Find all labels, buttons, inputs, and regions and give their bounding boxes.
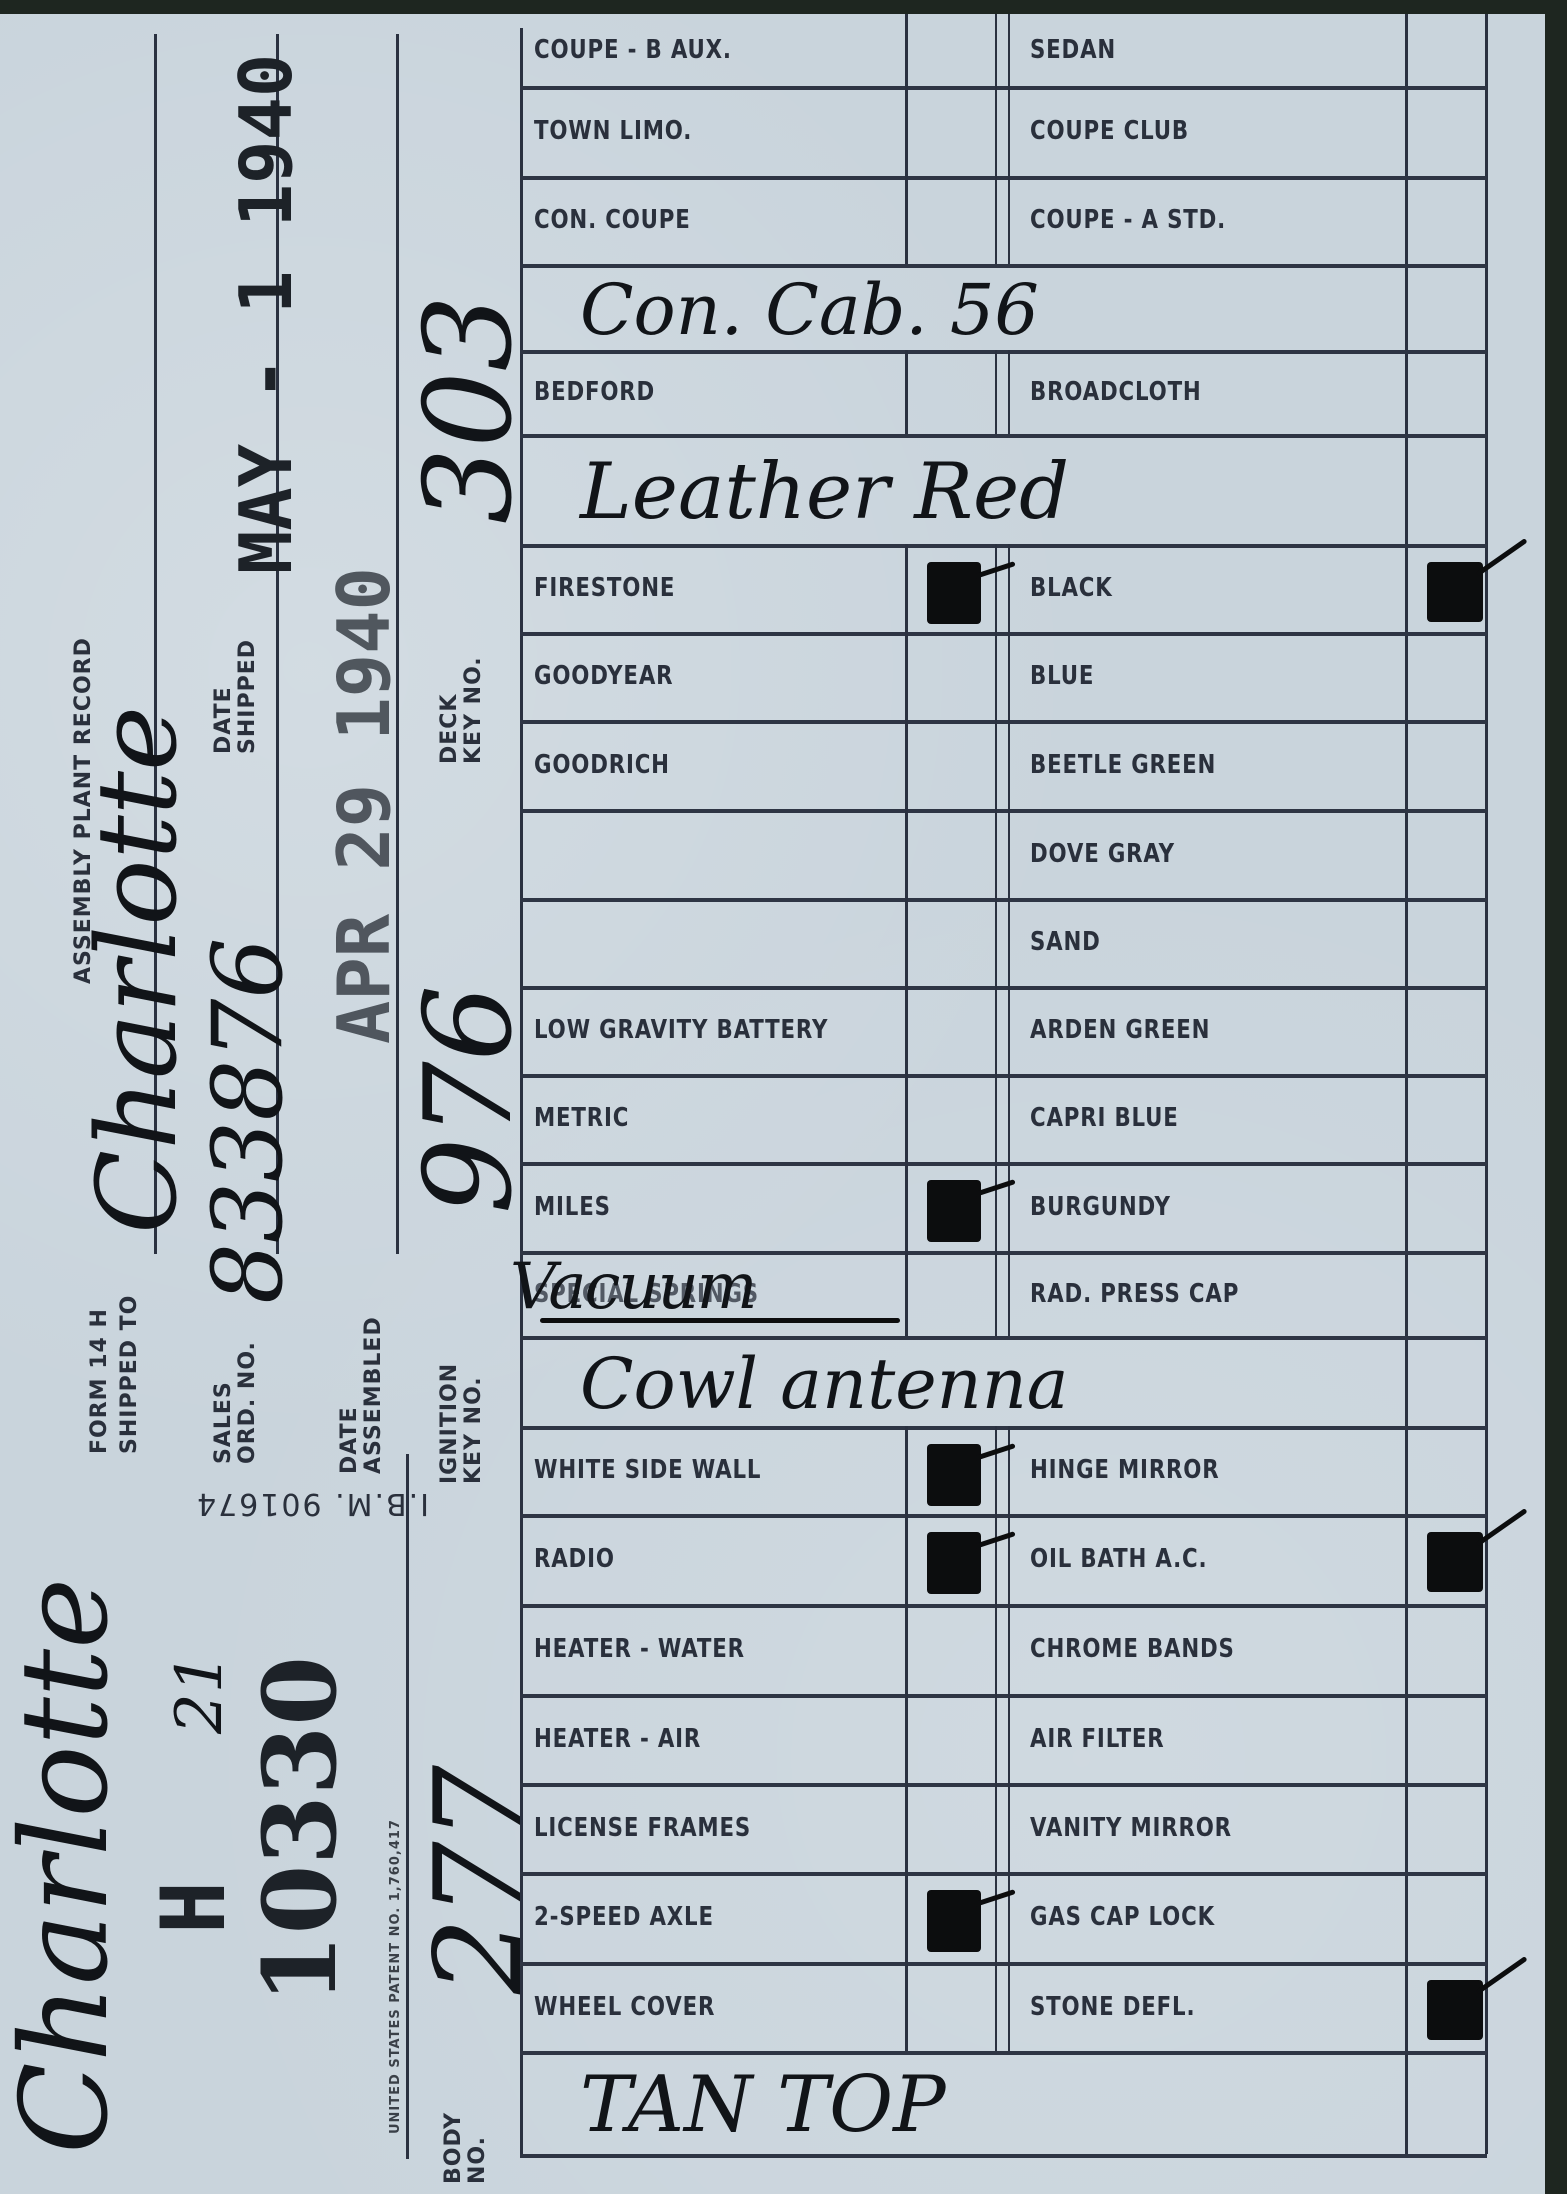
check-cell-left[interactable] xyxy=(909,1966,991,2047)
option-text: MILES xyxy=(534,1192,611,1222)
option-text: LOW GRAVITY BATTERY xyxy=(534,1015,828,1045)
column-double-line xyxy=(995,176,997,264)
check-cell-right[interactable] xyxy=(1409,354,1481,430)
option-text: HINGE MIRROR xyxy=(1030,1455,1219,1485)
option-text: FIRESTONE xyxy=(534,573,675,603)
column-double-line xyxy=(1008,1426,1010,1514)
left-check-column-line xyxy=(905,1514,908,1604)
option-label-right: OIL BATH A.C. xyxy=(1030,1514,1246,1604)
handwritten-entry: Leather Red xyxy=(580,442,1069,542)
option-text: RAD. PRESS CAP xyxy=(1030,1279,1239,1309)
option-text: HEATER - WATER xyxy=(534,1634,745,1664)
column-double-line xyxy=(1008,720,1010,809)
serial-number: 10330 xyxy=(250,1656,350,2004)
column-double-line xyxy=(1008,14,1010,86)
column-double-line xyxy=(1008,986,1010,1074)
handwritten-entry: Con. Cab. 56 xyxy=(580,272,1039,348)
option-label-right: CHROME BANDS xyxy=(1030,1604,1280,1694)
option-label-right: COUPE CLUB xyxy=(1030,86,1224,176)
column-double-line xyxy=(1008,1251,1010,1336)
option-label-right: RAD. PRESS CAP xyxy=(1030,1251,1285,1336)
column-double-line xyxy=(995,986,997,1074)
check-mark-left xyxy=(927,1532,981,1594)
check-cell-right[interactable] xyxy=(1409,1608,1481,1690)
column-double-line xyxy=(1008,1074,1010,1162)
column-double-line xyxy=(1008,176,1010,264)
column-double-line xyxy=(1008,809,1010,898)
column-double-line xyxy=(1008,1694,1010,1783)
option-text: OIL BATH A.C. xyxy=(1030,1544,1207,1574)
margin-signature: Charlotte xyxy=(6,1578,126,2154)
option-label-right: BEETLE GREEN xyxy=(1030,720,1257,809)
check-cell-left[interactable] xyxy=(909,990,991,1070)
column-double-line xyxy=(995,1514,997,1604)
option-text: SEDAN xyxy=(1030,35,1116,65)
left-check-column-line xyxy=(905,1162,908,1251)
left-check-column-line xyxy=(905,809,908,898)
option-text: BURGUNDY xyxy=(1030,1192,1171,1222)
strip-divider-4 xyxy=(406,1454,409,2159)
column-double-line xyxy=(995,720,997,809)
option-label-right: BROADCLOTH xyxy=(1030,350,1239,434)
option-label-left: FIRESTONE xyxy=(534,544,903,632)
option-label-right: COUPE - A STD. xyxy=(1030,176,1269,264)
left-check-column-line xyxy=(905,632,908,720)
option-label-left: METRIC xyxy=(534,1074,903,1162)
column-double-line xyxy=(995,1783,997,1872)
row-divider xyxy=(520,434,1487,438)
option-text: METRIC xyxy=(534,1103,629,1133)
column-double-line xyxy=(995,544,997,632)
option-text: 2-SPEED AXLE xyxy=(534,1902,714,1932)
option-text: GOODRICH xyxy=(534,750,670,780)
option-text: STONE DEFL. xyxy=(1030,1992,1195,2022)
check-cell-right[interactable] xyxy=(1409,636,1481,716)
option-text: CHROME BANDS xyxy=(1030,1634,1235,1664)
handwritten-entry: TAN TOP xyxy=(580,2059,946,2152)
left-check-column-line xyxy=(905,1694,908,1783)
check-cell-right[interactable] xyxy=(1409,90,1481,172)
right-check-column-line xyxy=(1405,14,1408,2154)
left-check-column-line xyxy=(905,898,908,986)
check-cell-left[interactable] xyxy=(909,813,991,894)
option-label-right: GAS CAP LOCK xyxy=(1030,1872,1256,1962)
option-label-right: STONE DEFL. xyxy=(1030,1962,1232,2051)
column-double-line xyxy=(1008,1783,1010,1872)
date-assembled-value: APR 29 1940 xyxy=(328,567,400,1044)
check-cell-left[interactable] xyxy=(909,636,991,716)
table-border-right xyxy=(1485,14,1488,2154)
option-label-left: HEATER - WATER xyxy=(534,1604,903,1694)
option-label-right: HINGE MIRROR xyxy=(1030,1426,1261,1514)
left-check-column-line xyxy=(905,986,908,1074)
column-double-line xyxy=(995,1962,997,2051)
option-label-left: 2-SPEED AXLE xyxy=(534,1872,903,1962)
column-double-line xyxy=(1008,350,1010,434)
column-double-line xyxy=(995,14,997,86)
option-label-right: SEDAN xyxy=(1030,14,1135,86)
column-double-line xyxy=(1008,1872,1010,1962)
option-text: BLACK xyxy=(1030,573,1113,603)
check-mark-right xyxy=(1427,562,1483,622)
option-text: COUPE - A STD. xyxy=(1030,205,1226,235)
column-double-line xyxy=(995,1694,997,1783)
option-label-right: BURGUNDY xyxy=(1030,1162,1202,1251)
ignition-key-label: IGNITION KEY NO. xyxy=(438,1354,486,1484)
row-divider xyxy=(520,1336,1487,1340)
option-text: CON. COUPE xyxy=(534,205,691,235)
option-text: HEATER - AIR xyxy=(534,1724,701,1754)
column-double-line xyxy=(1008,632,1010,720)
column-double-line xyxy=(1008,86,1010,176)
column-double-line xyxy=(995,1251,997,1336)
row-divider xyxy=(520,264,1487,268)
option-text: LICENSE FRAMES xyxy=(534,1813,751,1843)
check-cell-right[interactable] xyxy=(1409,1698,1481,1779)
option-label-left: MILES xyxy=(534,1162,903,1251)
column-double-line xyxy=(995,898,997,986)
form-number-label: FORM 14 H xyxy=(88,1308,112,1454)
column-double-line xyxy=(1008,1962,1010,2051)
option-label-right: BLUE xyxy=(1030,632,1108,720)
option-text: BLUE xyxy=(1030,661,1094,691)
check-cell-right[interactable] xyxy=(1409,990,1481,1070)
sales-order-label: SALES ORD. NO. xyxy=(212,1324,260,1464)
option-label-right: ARDEN GREEN xyxy=(1030,986,1250,1074)
column-double-line xyxy=(995,1162,997,1251)
option-label-left: COUPE - B AUX. xyxy=(534,14,903,86)
left-check-column-line xyxy=(905,14,908,86)
option-label-left: GOODRICH xyxy=(534,720,903,809)
check-cell-right[interactable] xyxy=(1409,813,1481,894)
overwrite-underline xyxy=(540,1318,900,1323)
option-label-left: LICENSE FRAMES xyxy=(534,1783,903,1872)
option-text: BEETLE GREEN xyxy=(1030,750,1216,780)
serial-suffix: 21 xyxy=(168,1653,232,1734)
option-label-left: GOODYEAR xyxy=(534,632,903,720)
check-mark-left xyxy=(927,1444,981,1506)
option-text: SAND xyxy=(1030,927,1101,957)
option-label-left xyxy=(534,809,903,898)
option-text: BROADCLOTH xyxy=(1030,377,1202,407)
check-cell-left[interactable] xyxy=(909,1698,991,1779)
option-text: VANITY MIRROR xyxy=(1030,1813,1232,1843)
column-double-line xyxy=(995,1074,997,1162)
row-divider xyxy=(520,2051,1487,2055)
column-double-line xyxy=(995,809,997,898)
check-cell-right[interactable] xyxy=(1409,724,1481,805)
check-cell-right[interactable] xyxy=(1409,18,1481,82)
column-double-line xyxy=(995,632,997,720)
option-label-right: CAPRI BLUE xyxy=(1030,1074,1211,1162)
column-double-line xyxy=(995,1872,997,1962)
check-cell-right[interactable] xyxy=(1409,1430,1481,1510)
option-label-left: RADIO xyxy=(534,1514,903,1604)
option-label-left: LOW GRAVITY BATTERY xyxy=(534,986,903,1074)
option-text: WHEEL COVER xyxy=(534,1992,715,2022)
option-label-left xyxy=(534,898,903,986)
assembly-plant-record-card: FORM 14 H SHIPPED TO ASSEMBLY PLANT RECO… xyxy=(0,14,1545,2194)
check-cell-right[interactable] xyxy=(1409,180,1481,260)
option-text: GAS CAP LOCK xyxy=(1030,1902,1215,1932)
date-shipped-value: MAY - 1 1940 xyxy=(230,54,302,574)
check-mark-left xyxy=(927,1180,981,1242)
option-label-right: DOVE GRAY xyxy=(1030,809,1207,898)
date-assembled-label: DATE ASSEMBLED xyxy=(338,1324,386,1474)
left-check-column-line xyxy=(905,1251,908,1336)
option-text: BEDFORD xyxy=(534,377,655,407)
check-cell-left[interactable] xyxy=(909,1787,991,1868)
option-label-right: SAND xyxy=(1030,898,1116,986)
check-cell-left[interactable] xyxy=(909,90,991,172)
check-cell-right[interactable] xyxy=(1409,902,1481,982)
left-check-column-line xyxy=(905,86,908,176)
left-check-column-line xyxy=(905,1074,908,1162)
shipped-to-label: SHIPPED TO xyxy=(118,1295,142,1454)
patent-text: UNITED STATES PATENT NO. 1,760,417 xyxy=(388,1819,403,2134)
option-text: ARDEN GREEN xyxy=(1030,1015,1210,1045)
option-label-left: TOWN LIMO. xyxy=(534,86,903,176)
column-double-line xyxy=(1008,1162,1010,1251)
left-check-column-line xyxy=(905,1872,908,1962)
check-cell-right[interactable] xyxy=(1409,1255,1481,1332)
check-mark-left xyxy=(927,1890,981,1952)
left-check-column-line xyxy=(905,1426,908,1514)
row-divider xyxy=(520,2154,1487,2158)
column-double-line xyxy=(995,86,997,176)
check-cell-left[interactable] xyxy=(909,18,991,82)
check-cell-right[interactable] xyxy=(1409,1787,1481,1868)
check-cell-left[interactable] xyxy=(909,1255,991,1332)
date-shipped-label: DATE SHIPPED xyxy=(212,634,260,754)
check-cell-right[interactable] xyxy=(1409,1876,1481,1958)
option-label-right: AIR FILTER xyxy=(1030,1694,1194,1783)
column-double-line xyxy=(995,350,997,434)
deck-key-value: 303 xyxy=(410,295,530,524)
column-double-line xyxy=(995,1604,997,1694)
column-double-line xyxy=(1008,544,1010,632)
option-text: WHITE SIDE WALL xyxy=(534,1455,761,1485)
option-text: AIR FILTER xyxy=(1030,1724,1165,1754)
option-text: RADIO xyxy=(534,1544,615,1574)
serial-prefix: H xyxy=(150,1881,238,1934)
left-check-column-line xyxy=(905,1962,908,2051)
check-cell-left[interactable] xyxy=(909,1608,991,1690)
option-text: COUPE - B AUX. xyxy=(534,35,732,65)
check-cell-left[interactable] xyxy=(909,1078,991,1158)
option-label-left: HEATER - AIR xyxy=(534,1694,903,1783)
check-cell-right[interactable] xyxy=(1409,1078,1481,1158)
handwritten-entry: Cowl antenna xyxy=(580,1344,1069,1424)
left-check-column-line xyxy=(905,720,908,809)
option-text: COUPE CLUB xyxy=(1030,116,1189,146)
check-cell-right[interactable] xyxy=(1409,1166,1481,1247)
left-check-column-line xyxy=(905,176,908,264)
option-label-left: BEDFORD xyxy=(534,350,903,434)
left-check-column-line xyxy=(905,1783,908,1872)
check-mark-right xyxy=(1427,1980,1483,2040)
option-text: GOODYEAR xyxy=(534,661,673,691)
option-label-left: CON. COUPE xyxy=(534,176,903,264)
option-label-right: VANITY MIRROR xyxy=(1030,1783,1276,1872)
check-cell-left[interactable] xyxy=(909,354,991,430)
column-double-line xyxy=(995,1426,997,1514)
column-double-line xyxy=(1008,1514,1010,1604)
check-mark-left xyxy=(927,562,981,624)
left-check-column-line xyxy=(905,1604,908,1694)
sales-order-value: 833876 xyxy=(200,938,296,1304)
option-text: TOWN LIMO. xyxy=(534,116,692,146)
option-label-left: WHITE SIDE WALL xyxy=(534,1426,903,1514)
shipped-to-value: Charlotte xyxy=(82,706,192,1234)
option-label-left: WHEEL COVER xyxy=(534,1962,903,2051)
option-text: DOVE GRAY xyxy=(1030,839,1175,869)
table-border-left xyxy=(520,28,523,2158)
column-double-line xyxy=(1008,898,1010,986)
check-cell-left[interactable] xyxy=(909,902,991,982)
check-cell-left[interactable] xyxy=(909,180,991,260)
option-text: CAPRI BLUE xyxy=(1030,1103,1179,1133)
ignition-key-value: 976 xyxy=(410,985,530,1214)
deck-key-label: DECK KEY NO. xyxy=(438,654,486,764)
left-check-column-line xyxy=(905,350,908,434)
check-cell-left[interactable] xyxy=(909,724,991,805)
left-check-column-line xyxy=(905,544,908,632)
ibm-code: I.B.M. 901674 xyxy=(195,1486,429,1521)
column-double-line xyxy=(1008,1604,1010,1694)
body-no-label: BODY NO. xyxy=(442,2104,490,2184)
option-label-right: BLACK xyxy=(1030,544,1131,632)
check-mark-right xyxy=(1427,1532,1483,1592)
